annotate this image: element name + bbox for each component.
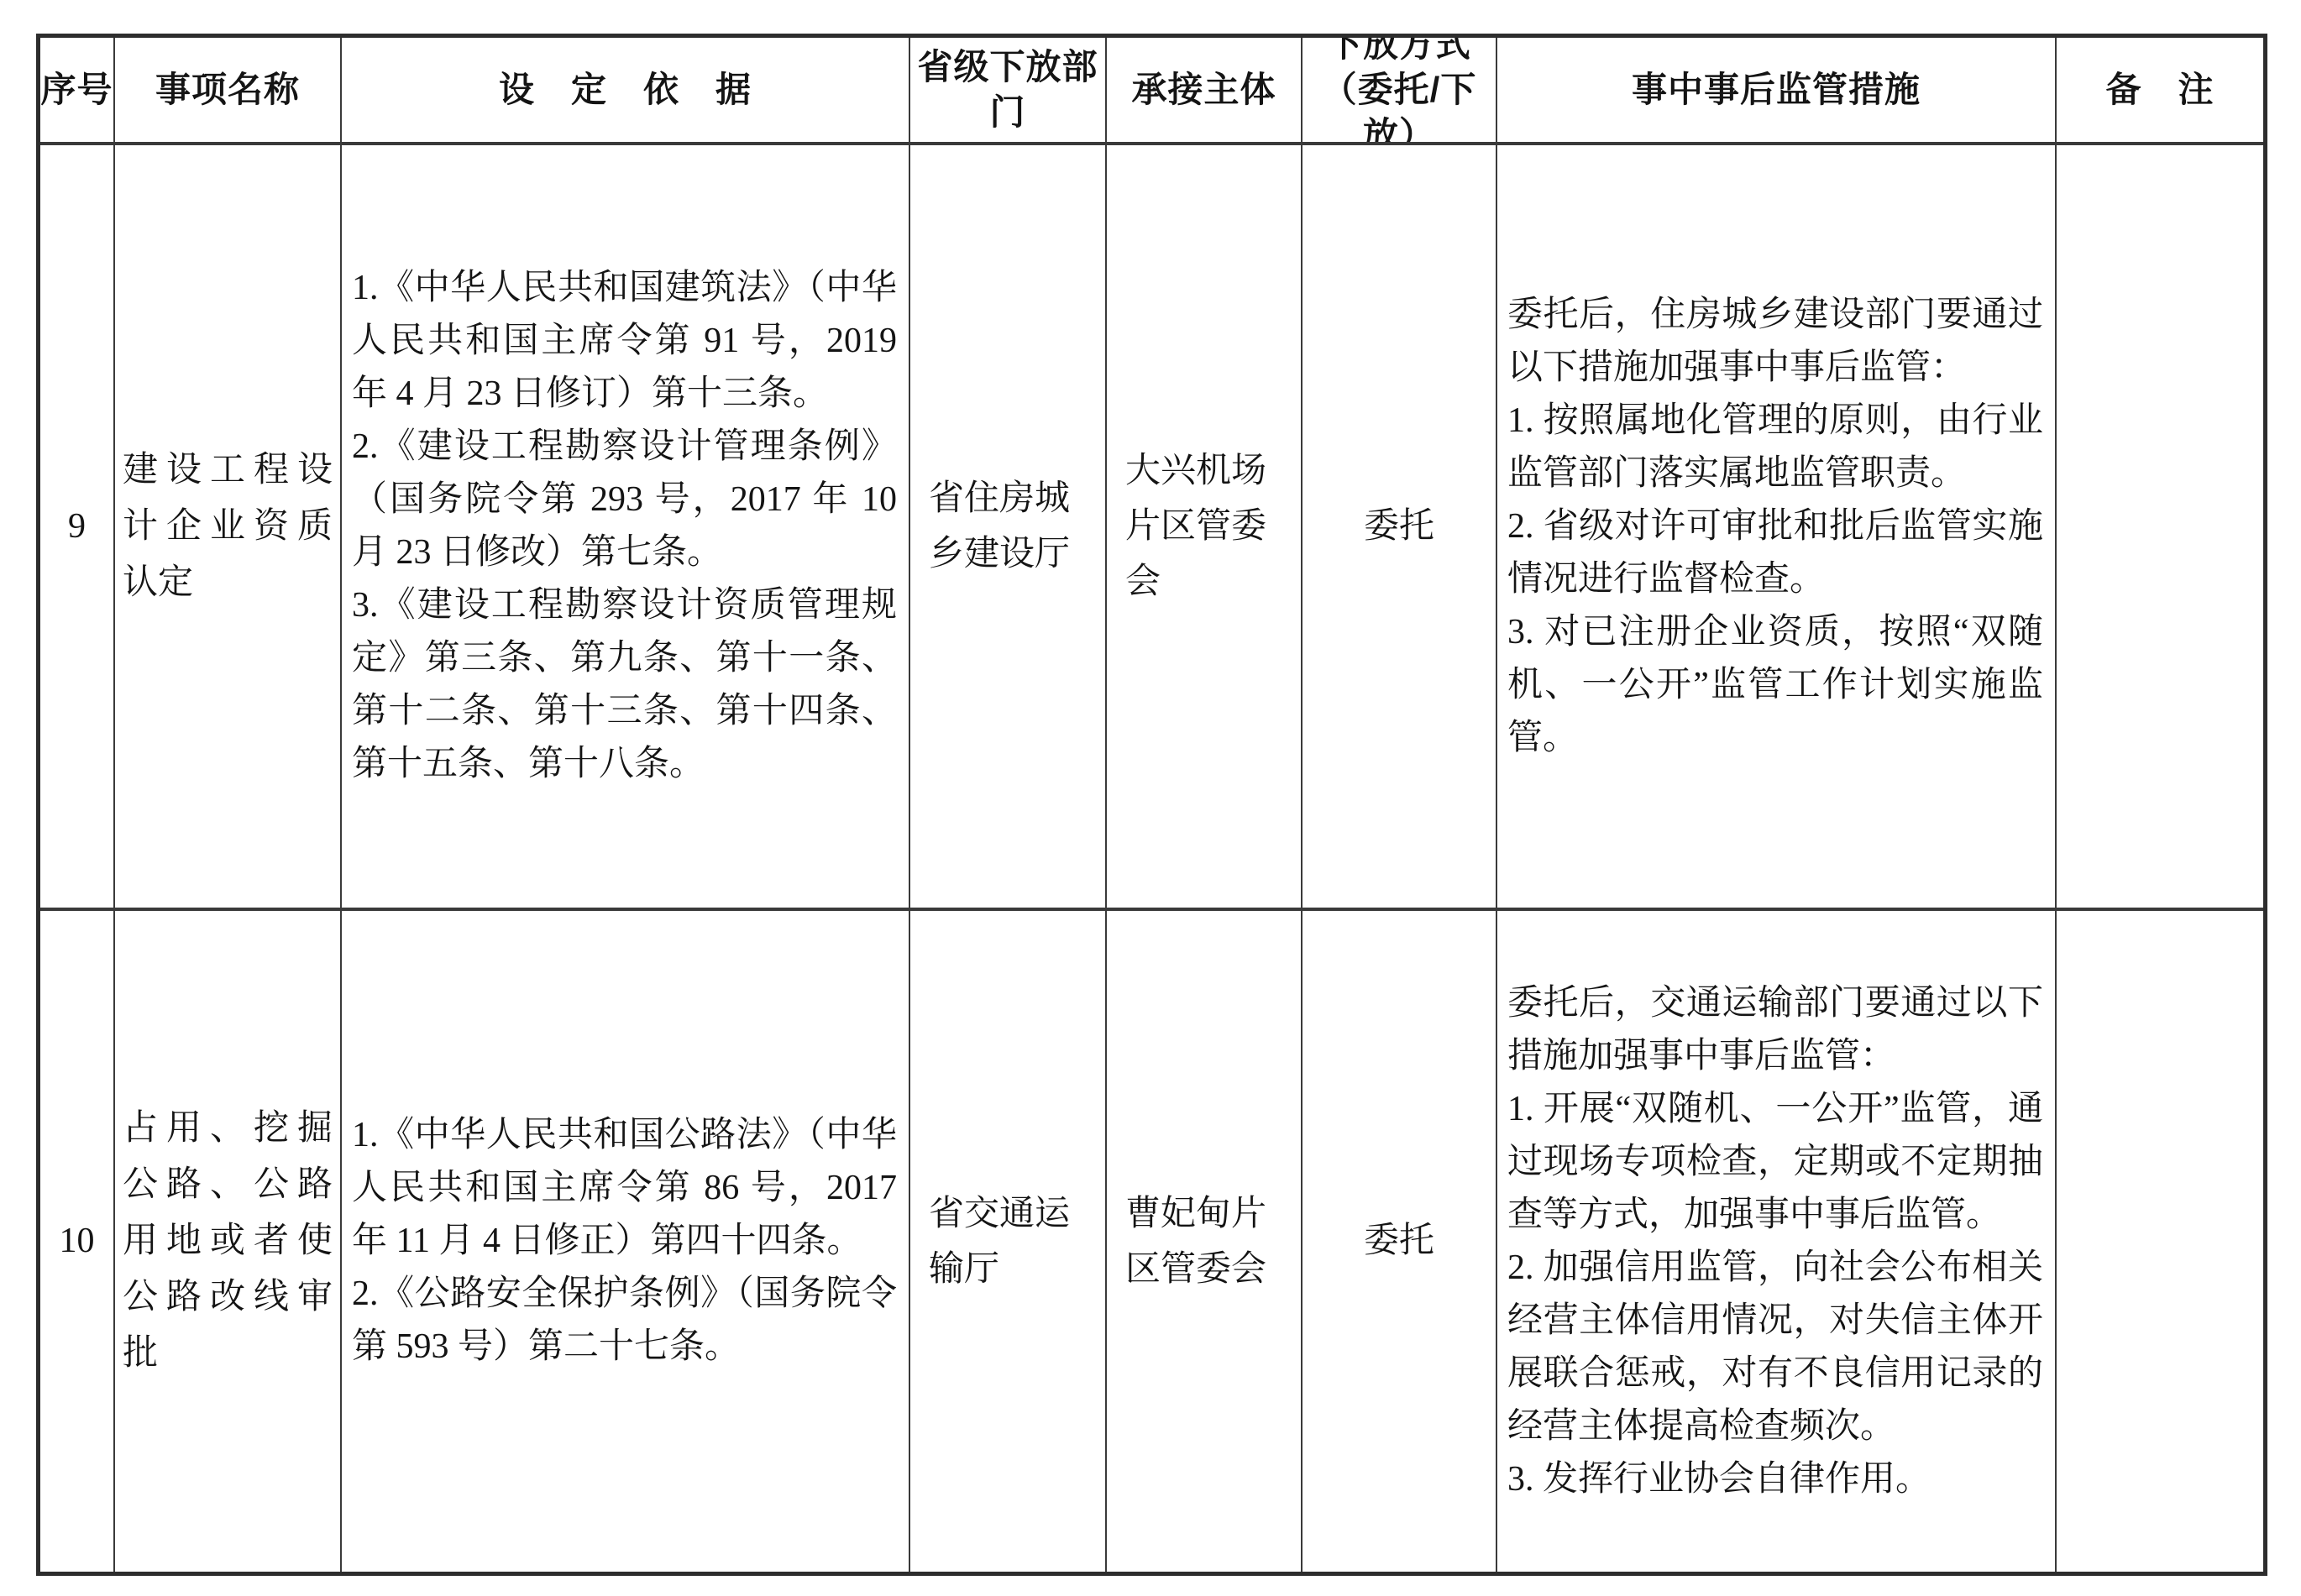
supervision-cell: 委托后，住房城乡建设部门要通过以下措施加强事中事后监管： 1. 按照属地化管理的… <box>1497 145 2057 908</box>
supervision-paragraph: 委托后，交通运输部门要通过以下措施加强事中事后监管： <box>1507 977 2043 1083</box>
basis-paragraph: 1.《中华人民共和国公路法》（中华人民共和国主席令第 86 号，2017 年 1… <box>352 1109 897 1268</box>
header-item-name: 事项名称 <box>115 38 342 142</box>
supervision-paragraph: 1. 按照属地化管理的原则，由行业监管部门落实属地监管职责。 <box>1507 395 2043 500</box>
header-entity-label: 承接主体 <box>1131 67 1276 113</box>
method-cell: 委托 <box>1303 911 1497 1572</box>
method-cell: 委托 <box>1303 145 1497 908</box>
seq-cell: 9 <box>40 145 115 908</box>
table-header-row: 序号 事项名称 设 定 依 据 省级下放部门 承接主体 下放方式 （委托/下放）… <box>40 38 2263 145</box>
header-dept: 省级下放部门 <box>910 38 1107 142</box>
basis-cell: 1.《中华人民共和国公路法》（中华人民共和国主席令第 86 号，2017 年 1… <box>342 911 910 1572</box>
header-seq-label: 序号 <box>40 67 113 113</box>
header-remark-label: 备 注 <box>2105 67 2214 113</box>
remark-cell <box>2057 145 2263 908</box>
header-basis: 设 定 依 据 <box>342 38 910 142</box>
basis-paragraph: 1.《中华人民共和国建筑法》（中华人民共和国主席令第 91 号，2019 年 4… <box>352 262 897 421</box>
basis-paragraph: 2.《建设工程勘察设计管理条例》（国务院令第 293 号，2017 年 10 月… <box>352 421 897 579</box>
supervision-paragraph: 1. 开展“双随机、一公开”监管，通过现场专项检查，定期或不定期抽查等方式，加强… <box>1507 1083 2043 1242</box>
header-entity: 承接主体 <box>1107 38 1303 142</box>
header-remark: 备 注 <box>2057 38 2263 142</box>
header-supervision: 事中事后监管措施 <box>1497 38 2057 142</box>
supervision-paragraph: 2. 省级对许可审批和批后监管实施情况进行监督检查。 <box>1507 500 2043 606</box>
table-row-item-10: 10 占用、挖掘公路、公路用地或者使公路改线审批 1.《中华人民共和国公路法》（… <box>40 911 2263 1572</box>
item-name-cell: 占用、挖掘公路、公路用地或者使公路改线审批 <box>115 911 342 1572</box>
entity-text: 大兴机场片区管委会 <box>1125 443 1292 610</box>
dept-text: 省交通运输厅 <box>929 1186 1097 1297</box>
table-row-item-9: 9 建设工程设计企业资质认定 1.《中华人民共和国建筑法》（中华人民共和国主席令… <box>40 145 2263 911</box>
method-text: 委托 <box>1364 1215 1434 1268</box>
seq-value: 9 <box>68 500 86 553</box>
basis-paragraph: 2.《公路安全保护条例》（国务院令第 593 号）第二十七条。 <box>352 1268 897 1374</box>
header-dept-label: 省级下放部门 <box>910 44 1105 135</box>
item-name-text: 占用、挖掘公路、公路用地或者使公路改线审批 <box>123 1101 333 1382</box>
supervision-paragraph: 2. 加强信用监管，向社会公布相关经营主体信用情况，对失信主体开展联合惩戒，对有… <box>1507 1242 2043 1453</box>
supervision-cell: 委托后，交通运输部门要通过以下措施加强事中事后监管： 1. 开展“双随机、一公开… <box>1497 911 2057 1572</box>
seq-cell: 10 <box>40 911 115 1572</box>
header-basis-label: 设 定 依 据 <box>499 67 752 113</box>
entity-cell: 大兴机场片区管委会 <box>1107 145 1303 908</box>
header-item-name-label: 事项名称 <box>155 67 300 113</box>
dept-cell: 省交通运输厅 <box>910 911 1107 1572</box>
entity-cell: 曹妃甸片区管委会 <box>1107 911 1303 1572</box>
header-method: 下放方式 （委托/下放） <box>1303 38 1497 142</box>
delegation-items-table: 序号 事项名称 设 定 依 据 省级下放部门 承接主体 下放方式 （委托/下放）… <box>36 34 2267 1576</box>
basis-cell: 1.《中华人民共和国建筑法》（中华人民共和国主席令第 91 号，2019 年 4… <box>342 145 910 908</box>
header-method-line2: （委托/下放） <box>1303 67 1496 142</box>
supervision-paragraph: 3. 发挥行业协会自律作用。 <box>1507 1453 2043 1506</box>
item-name-text: 建设工程设计企业资质认定 <box>123 442 333 611</box>
supervision-paragraph: 委托后，住房城乡建设部门要通过以下措施加强事中事后监管： <box>1507 289 2043 395</box>
basis-paragraph: 3.《建设工程勘察设计资质管理规定》第三条、第九条、第十一条、第十二条、第十三条… <box>352 579 897 791</box>
header-seq: 序号 <box>40 38 115 142</box>
dept-text: 省住房城乡建设厅 <box>929 471 1097 582</box>
method-text: 委托 <box>1364 500 1434 553</box>
header-method-line1: 下放方式 <box>1327 38 1471 67</box>
remark-cell <box>2057 911 2263 1572</box>
document-page: 序号 事项名称 设 定 依 据 省级下放部门 承接主体 下放方式 （委托/下放）… <box>0 0 2301 1596</box>
item-name-cell: 建设工程设计企业资质认定 <box>115 145 342 908</box>
dept-cell: 省住房城乡建设厅 <box>910 145 1107 908</box>
supervision-paragraph: 3. 对已注册企业资质，按照“双随机、一公开”监管工作计划实施监管。 <box>1507 606 2043 765</box>
entity-text: 曹妃甸片区管委会 <box>1125 1186 1292 1297</box>
seq-value: 10 <box>60 1215 95 1268</box>
header-supervision-label: 事中事后监管措施 <box>1632 67 1921 113</box>
